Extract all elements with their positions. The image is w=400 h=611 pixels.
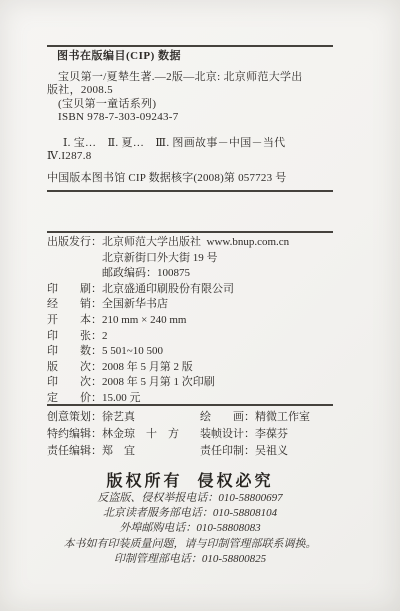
publication-row-postcode: 邮政编码：100875 <box>47 266 347 282</box>
row-label: 印 刷： <box>47 282 102 298</box>
credit-cell: 特约编辑：林金琼 十 方 <box>47 426 200 443</box>
publication-row-sheets: 印 张： 2 <box>47 329 347 345</box>
publication-row-address: 北京新街口外大街 19 号 <box>47 251 347 267</box>
row-label: 开 本： <box>47 313 102 329</box>
contact-line-quality-note: 本书如有印装质量问题，请与印制管理部联系调换。 <box>30 537 350 552</box>
row-label: 印 次： <box>47 375 102 391</box>
publication-row-printer: 印 刷： 北京盛通印刷股份有限公司 <box>47 282 347 298</box>
credit-value: 徐艺真 <box>102 409 135 426</box>
row-label <box>47 266 102 282</box>
row-value: 2008 年 5 月第 2 版 <box>102 360 193 376</box>
row-value: 15.00 元 <box>102 391 141 407</box>
cip-classification-2: Ⅳ.I287.8 <box>47 150 339 163</box>
row-label: 印 数： <box>47 344 102 360</box>
row-value: 邮政编码：100875 <box>102 266 190 282</box>
row-label: 印 张： <box>47 329 102 345</box>
row-value: 210 mm × 240 mm <box>102 313 186 329</box>
row-label: 定 价： <box>47 391 102 407</box>
credit-label: 装帧设计： <box>200 426 255 443</box>
credit-label: 责任印制： <box>200 443 255 460</box>
credits-row-1: 创意策划：徐艺真 绘 画：精微工作室 <box>47 409 353 426</box>
credits-row-2: 特约编辑：林金琼 十 方 装帧设计：李葆芬 <box>47 426 353 443</box>
publication-row-price: 定 价： 15.00 元 <box>47 391 347 407</box>
credit-label: 绘 画： <box>200 409 255 426</box>
credit-label: 特约编辑： <box>47 426 102 443</box>
row-value: 北京盛通印刷股份有限公司 <box>102 282 234 298</box>
publication-row-distributor: 经 销： 全国新华书店 <box>47 297 347 313</box>
credit-value: 郑 宜 <box>102 443 135 460</box>
row-value: 北京新街口外大街 19 号 <box>102 251 218 267</box>
cip-classification-1: Ⅰ. 宝… Ⅱ. 夏… Ⅲ. 图画故事－中国－当代 <box>47 137 339 150</box>
contact-section: 反盗版、侵权举报电话：010-58800697 北京读者服务部电话：010-58… <box>30 491 350 567</box>
credit-cell: 创意策划：徐艺真 <box>47 409 200 426</box>
row-value: 全国新华书店 <box>102 297 168 313</box>
copyright-page: 图书在版编目(CIP) 数据 宝贝第一/夏辇生著.—2版—北京: 北京师范大学出… <box>0 0 400 611</box>
credit-cell: 装帧设计：李葆芬 <box>200 426 288 443</box>
cip-title-line-1: 宝贝第一/夏辇生著.—2版—北京: 北京师范大学出 <box>47 71 339 84</box>
cip-section: 图书在版编目(CIP) 数据 宝贝第一/夏辇生著.—2版—北京: 北京师范大学出… <box>47 50 339 186</box>
credit-label: 责任编辑： <box>47 443 102 460</box>
cip-isbn: ISBN 978-7-303-09243-7 <box>47 111 339 124</box>
cip-record-number: 中国版本图书馆 CIP 数据核字(2008)第 057723 号 <box>47 172 339 185</box>
row-value: 2008 年 5 月第 1 次印刷 <box>102 375 215 391</box>
cip-header: 图书在版编目(CIP) 数据 <box>47 50 339 63</box>
row-label: 经 销： <box>47 297 102 313</box>
contact-line-mail-order: 外埠邮购电话：010-58808083 <box>30 521 350 536</box>
credit-value: 林金琼 十 方 <box>102 426 179 443</box>
row-label: 出版发行： <box>47 235 102 251</box>
row-label <box>47 251 102 267</box>
credit-value: 李葆芬 <box>255 426 288 443</box>
contact-line-print-dept: 印制管理部电话：010-58800825 <box>30 552 350 567</box>
row-value: 5 501~10 500 <box>102 344 163 360</box>
rule-publication-top <box>47 231 333 233</box>
publication-row-edition: 版 次： 2008 年 5 月第 2 版 <box>47 360 347 376</box>
copyright-notice: 版权所有 侵权必究 <box>47 468 333 491</box>
credits-section: 创意策划：徐艺真 绘 画：精微工作室 特约编辑：林金琼 十 方 装帧设计：李葆芬… <box>47 409 353 460</box>
row-label: 版 次： <box>47 360 102 376</box>
credit-value: 吴祖义 <box>255 443 288 460</box>
credits-row-3: 责任编辑：郑 宜 责任印制：吴祖义 <box>47 443 353 460</box>
publication-row-print-run: 印 数： 5 501~10 500 <box>47 344 347 360</box>
publication-row-impression: 印 次： 2008 年 5 月第 1 次印刷 <box>47 375 347 391</box>
rule-cip-top <box>47 45 333 47</box>
rule-cip-bottom <box>47 190 333 192</box>
contact-line-reader-service: 北京读者服务部电话：010-58808104 <box>30 506 350 521</box>
credit-cell: 绘 画：精微工作室 <box>200 409 310 426</box>
credit-cell: 责任印制：吴祖义 <box>200 443 288 460</box>
publication-section: 出版发行： 北京师范大学出版社 www.bnup.com.cn 北京新街口外大街… <box>47 235 347 407</box>
contact-line-piracy-hotline: 反盗版、侵权举报电话：010-58800697 <box>30 491 350 506</box>
publication-row-publisher: 出版发行： 北京师范大学出版社 www.bnup.com.cn <box>47 235 347 251</box>
row-value: 2 <box>102 329 108 345</box>
publication-row-format: 开 本： 210 mm × 240 mm <box>47 313 347 329</box>
cip-title-line-2: 版社，2008.5 <box>47 84 339 97</box>
credit-cell: 责任编辑：郑 宜 <box>47 443 200 460</box>
credit-value: 精微工作室 <box>255 409 310 426</box>
credit-label: 创意策划： <box>47 409 102 426</box>
row-value: 北京师范大学出版社 www.bnup.com.cn <box>102 235 289 251</box>
cip-series: (宝贝第一童话系列) <box>47 98 339 111</box>
